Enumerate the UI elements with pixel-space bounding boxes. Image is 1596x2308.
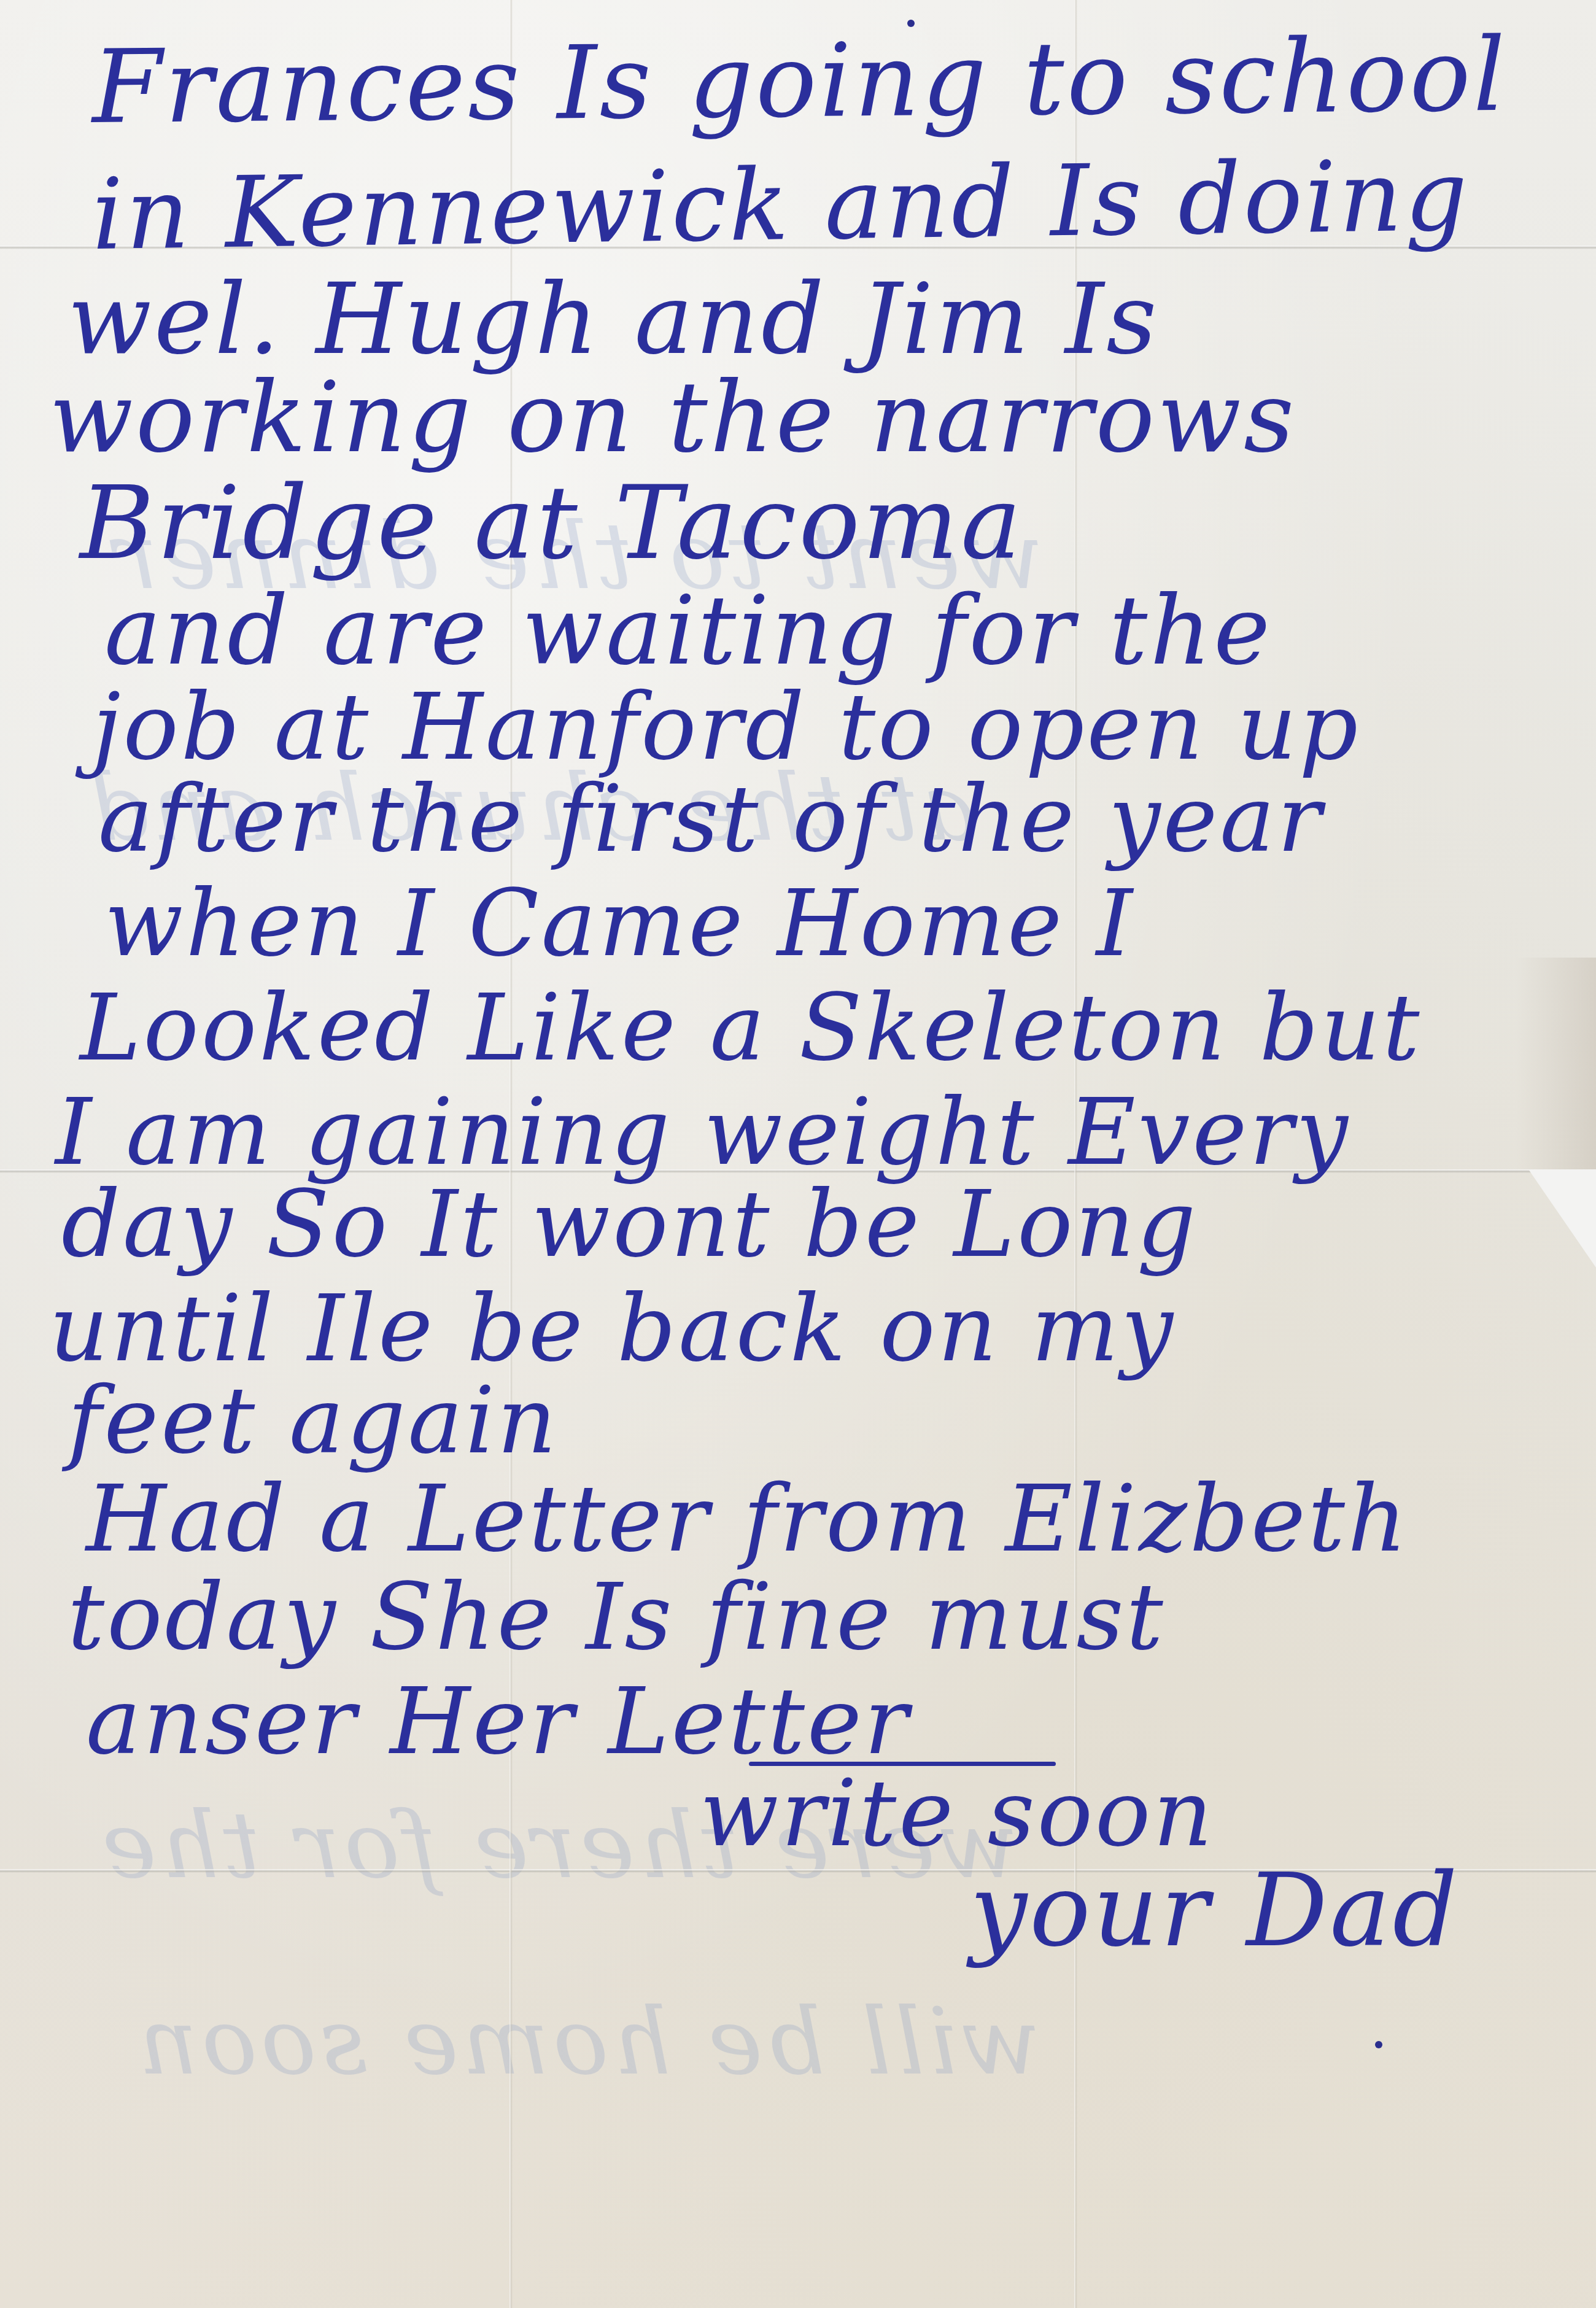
letter-line: working on the narrows [49,368,1296,467]
letter-line: feet again [68,1375,559,1467]
letter-line: until Ile be back on my [49,1283,1176,1375]
letter-line: Bridge at Tacoma [80,473,1024,574]
letter-line: day So It wont be Long [61,1179,1198,1271]
letter-line: I am gaining weight Every [55,1086,1350,1179]
letter-line: job at Hanford to open up [92,681,1360,773]
letter-closing: write soon [700,1768,1215,1860]
letter-line: today She Is fine must [68,1571,1166,1663]
ink-dot [1375,2041,1382,2048]
letter-line: and are waiting for the [104,583,1273,678]
letter-line: after the first of the year [98,773,1323,865]
letter-line: Frances Is going to school [91,25,1508,138]
letter-body: Frances Is going to school in Kennewick … [0,0,1596,2308]
letter-line: in Kennewick and Is doing [91,147,1471,264]
letter-line: when I Came Home I [104,878,1135,970]
letter-line: Had a Letter from Elizbeth [86,1473,1409,1565]
letter-line: Looked Like a Skeleton but [80,982,1422,1074]
letter-line: wel. Hugh and Jim Is [68,270,1159,368]
letter-line: anser Her Letter [86,1676,911,1768]
letter-signature: your Dad [970,1860,1460,1961]
